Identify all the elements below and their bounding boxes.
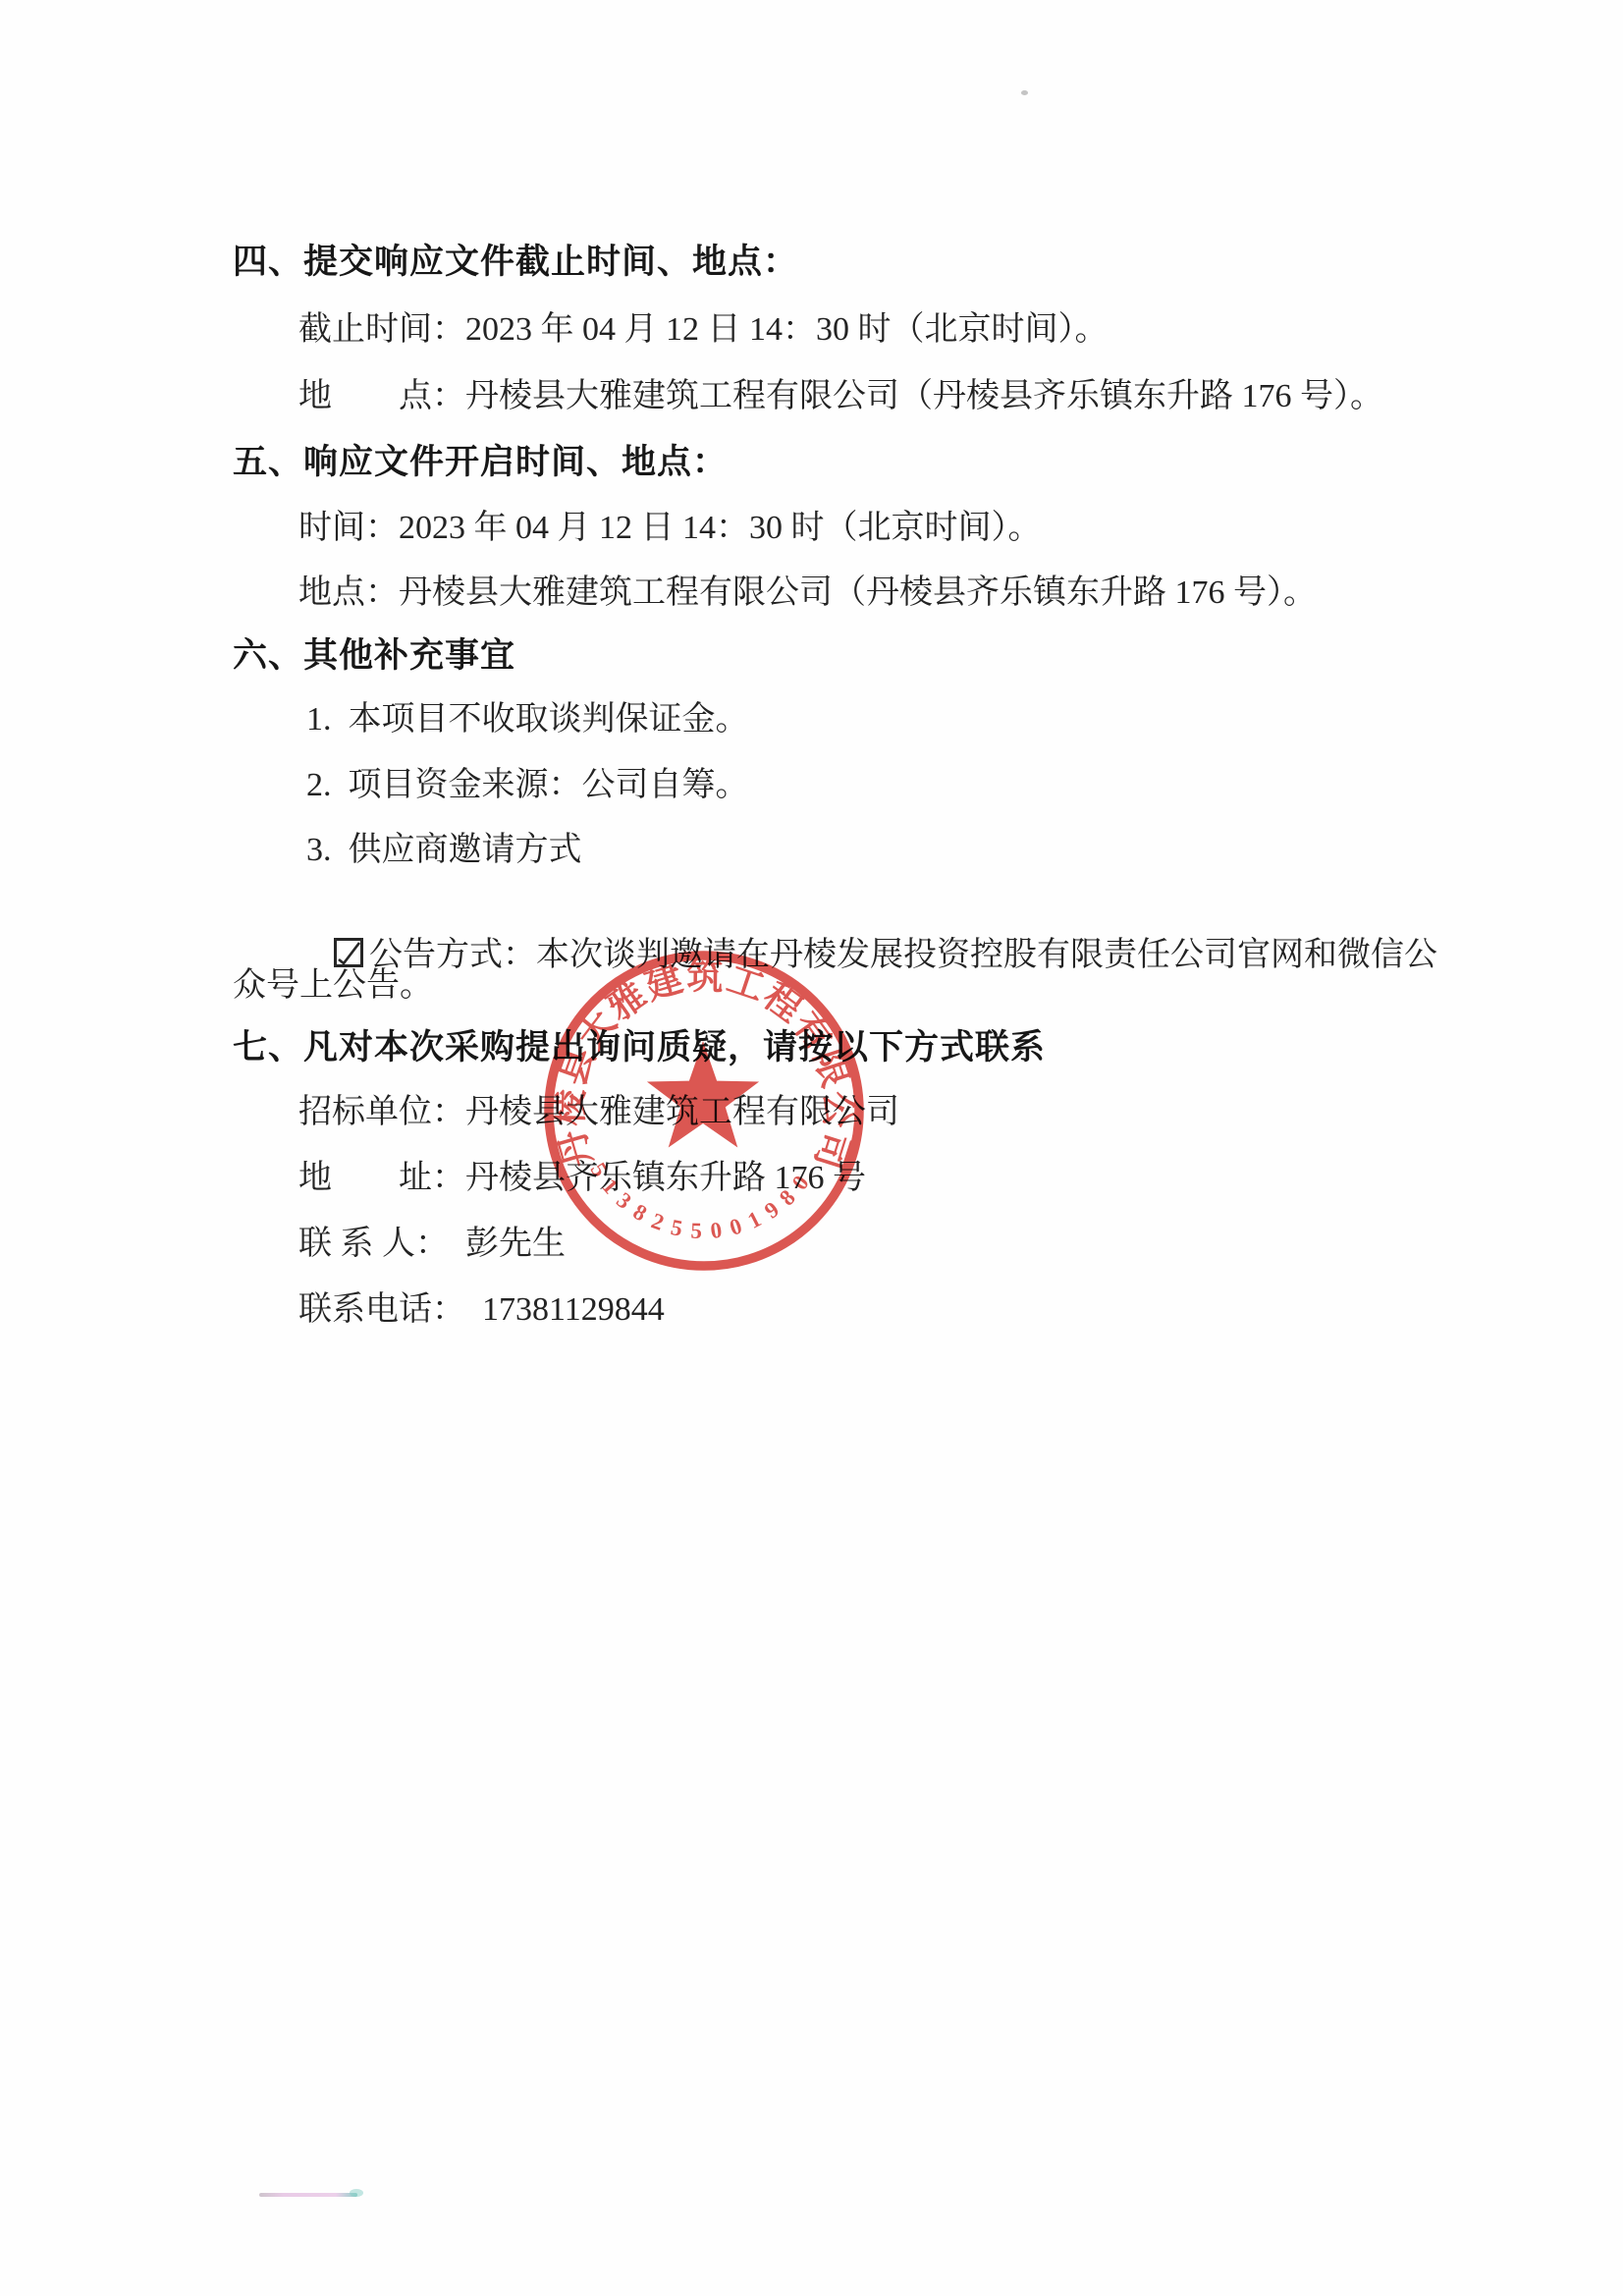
address-line: 地 址：丹棱县齐乐镇东升路 176 号 [298, 1158, 866, 1199]
document-page: 四、提交响应文件截止时间、地点： 截止时间：2023 年 04 月 12 日 1… [0, 0, 1623, 2296]
contact-phone-line: 联系电话： 17381129844 [298, 1289, 665, 1331]
scan-teal-mark [350, 2189, 363, 2197]
scan-speck [1021, 90, 1028, 95]
contact-person-line: 联 系 人： 彭先生 [298, 1224, 566, 1265]
tender-org-line: 招标单位：丹棱县大雅建筑工程有限公司 [298, 1092, 899, 1133]
section5-heading: 五、响应文件开启时间、地点： [233, 442, 728, 483]
announce-method-line: 公告方式：本次谈判邀请在丹棱发展投资控股有限责任公司官网和微信公 [300, 894, 1437, 1017]
checkbox-checked-icon [334, 938, 363, 967]
section6-item1: 1. 本项目不收取谈判保证金。 [306, 699, 749, 740]
section5-time-line: 时间：2023 年 04 月 12 日 14：30 时（北京时间）。 [298, 508, 1042, 549]
announce-wrap-line: 众号上公告。 [233, 965, 433, 1007]
section4-deadline-line: 截止时间：2023 年 04 月 12 日 14：30 时（北京时间）。 [298, 309, 1109, 351]
scan-pink-line-artifact [259, 2193, 357, 2197]
section4-heading: 四、提交响应文件截止时间、地点： [233, 242, 798, 283]
section5-location-line: 地点：丹棱县大雅建筑工程有限公司（丹棱县齐乐镇东升路 176 号）。 [298, 573, 1317, 614]
section6-item2: 2. 项目资金来源：公司自筹。 [306, 765, 749, 806]
announce-method-text: 公告方式：本次谈判邀请在丹棱发展投资控股有限责任公司官网和微信公 [369, 937, 1437, 973]
section6-heading: 六、其他补充事宜 [233, 635, 515, 677]
section6-item3: 3. 供应商邀请方式 [306, 830, 582, 871]
section4-location-line: 地 点：丹棱县大雅建筑工程有限公司（丹棱县齐乐镇东升路 176 号）。 [298, 376, 1383, 417]
section7-heading: 七、凡对本次采购提出询问质疑，请按以下方式联系 [233, 1027, 1046, 1068]
